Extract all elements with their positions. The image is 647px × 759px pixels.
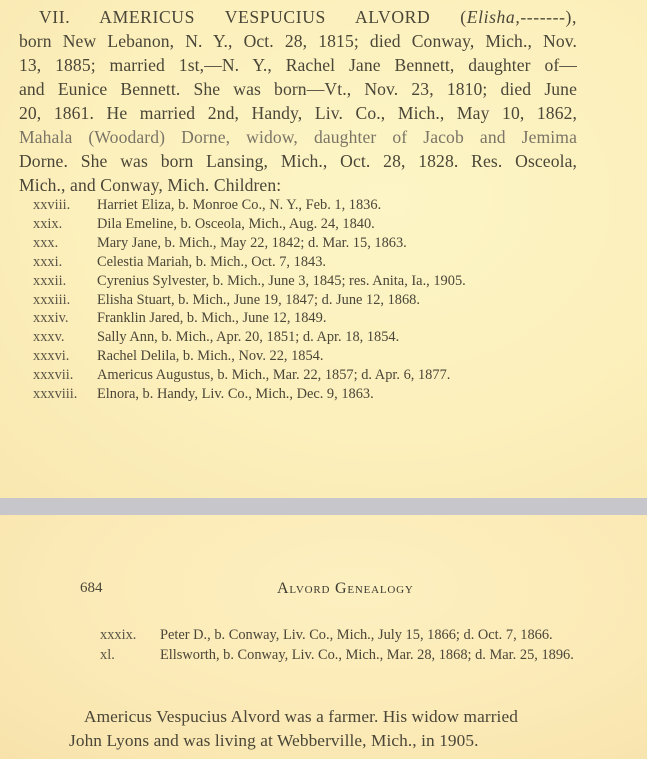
child-number: xxxvii. [33, 366, 97, 385]
intro-heading-line: VII. AMERICUS VESPUCIUS ALVORD (Elisha,-… [19, 5, 577, 29]
intro-line: born New Lebanon, N. Y., Oct. 28, 1815; … [19, 29, 577, 53]
children-list-continued: xxxix.Peter D., b. Conway, Liv. Co., Mic… [100, 627, 612, 666]
father-name: Elisha, [467, 7, 521, 27]
child-number: xxx. [33, 234, 97, 253]
child-number: xxix. [33, 215, 97, 234]
child-entry: xxxii.Cyrenius Sylvester, b. Mich., June… [33, 272, 593, 291]
child-entry: xxxv.Sally Ann, b. Mich., Apr. 20, 1851;… [33, 328, 593, 347]
child-entry: xxxiv.Franklin Jared, b. Mich., June 12,… [33, 309, 593, 328]
intro-paragraph: VII. AMERICUS VESPUCIUS ALVORD (Elisha,-… [19, 5, 577, 197]
child-text: Elnora, b. Handy, Liv. Co., Mich., Dec. … [97, 385, 593, 404]
child-text: Cyrenius Sylvester, b. Mich., June 3, 18… [97, 272, 593, 291]
child-entry: xxviii.Harriet Eliza, b. Monroe Co., N. … [33, 196, 593, 215]
closing-line: Americus Vespucius Alvord was a farmer. … [69, 705, 612, 729]
closing-paragraph: Americus Vespucius Alvord was a farmer. … [69, 705, 612, 753]
page-divider [0, 498, 647, 515]
child-text: Sally Ann, b. Mich., Apr. 20, 1851; d. A… [97, 328, 593, 347]
heading-name: VII. AMERICUS VESPUCIUS ALVORD ( [39, 7, 467, 27]
child-text: Dila Emeline, b. Osceola, Mich., Aug. 24… [97, 215, 593, 234]
child-number: xxxiv. [33, 309, 97, 328]
running-head: 684 Alvord Genealogy [0, 580, 647, 604]
intro-line: Dorne. She was born Lansing, Mich., Oct.… [19, 149, 577, 173]
child-entry: xxxi.Celestia Mariah, b. Mich., Oct. 7, … [33, 253, 593, 272]
child-entry: xxix.Dila Emeline, b. Osceola, Mich., Au… [33, 215, 593, 234]
child-entry: xxxiii.Elisha Stuart, b. Mich., June 19,… [33, 291, 593, 310]
child-text: Celestia Mariah, b. Mich., Oct. 7, 1843. [97, 253, 593, 272]
intro-line: 13, 1885; married 1st,—N. Y., Rachel Jan… [19, 53, 577, 77]
child-text: Rachel Delila, b. Mich., Nov. 22, 1854. [97, 347, 593, 366]
child-text: Ellsworth, b. Conway, Liv. Co., Mich., M… [160, 647, 612, 665]
intro-line: 20, 1861. He married 2nd, Handy, Liv. Co… [19, 101, 577, 125]
child-text: Harriet Eliza, b. Monroe Co., N. Y., Feb… [97, 196, 593, 215]
child-text: Elisha Stuart, b. Mich., June 19, 1847; … [97, 291, 593, 310]
child-number: xl. [100, 647, 160, 665]
child-entry: xxxix.Peter D., b. Conway, Liv. Co., Mic… [100, 627, 612, 645]
child-entry: xl.Ellsworth, b. Conway, Liv. Co., Mich.… [100, 647, 612, 665]
child-entry: xxxviii.Elnora, b. Handy, Liv. Co., Mich… [33, 385, 593, 404]
intro-line: Mich., and Conway, Mich. Children: [19, 173, 577, 197]
child-number: xxviii. [33, 196, 97, 215]
child-text: Americus Augustus, b. Mich., Mar. 22, 18… [97, 366, 593, 385]
child-number: xxxi. [33, 253, 97, 272]
child-entry: xxx.Mary Jane, b. Mich., May 22, 1842; d… [33, 234, 593, 253]
running-title: Alvord Genealogy [277, 580, 414, 598]
child-entry: xxxvi.Rachel Delila, b. Mich., Nov. 22, … [33, 347, 593, 366]
closing-line: John Lyons and was living at Webberville… [69, 729, 612, 753]
heading-tail: -------), [520, 7, 577, 27]
children-list: xxviii.Harriet Eliza, b. Monroe Co., N. … [33, 196, 593, 404]
child-text: Franklin Jared, b. Mich., June 12, 1849. [97, 309, 593, 328]
child-number: xxxviii. [33, 385, 97, 404]
page-number: 684 [80, 580, 103, 597]
child-text: Mary Jane, b. Mich., May 22, 1842; d. Ma… [97, 234, 593, 253]
intro-line: and Eunice Bennett. She was born—Vt., No… [19, 77, 577, 101]
child-number: xxxix. [100, 627, 160, 645]
child-number: xxxvi. [33, 347, 97, 366]
intro-line: Mahala (Woodard) Dorne, widow, daughter … [19, 125, 577, 149]
child-number: xxxii. [33, 272, 97, 291]
child-number: xxxiii. [33, 291, 97, 310]
child-entry: xxxvii.Americus Augustus, b. Mich., Mar.… [33, 366, 593, 385]
child-text: Peter D., b. Conway, Liv. Co., Mich., Ju… [160, 627, 612, 645]
child-number: xxxv. [33, 328, 97, 347]
